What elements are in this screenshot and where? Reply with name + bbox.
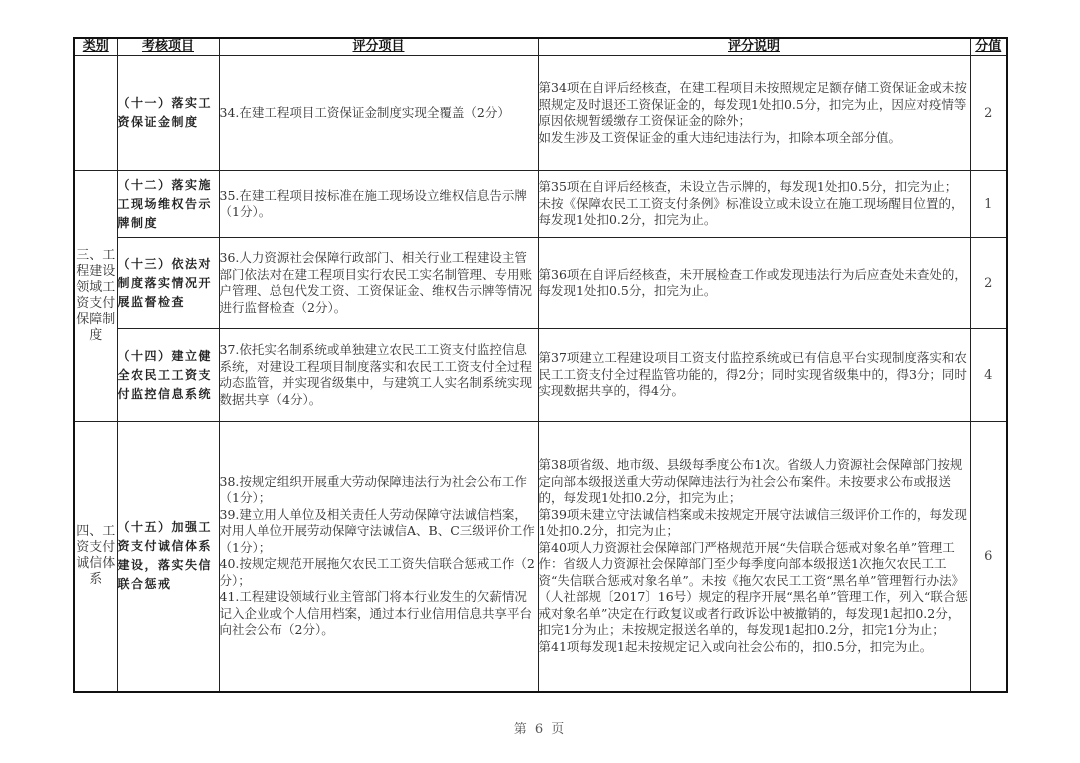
score-cell: 2 (970, 56, 1007, 171)
description-cell: 第35项在自评后经核查，未设立告示牌的，每发现1处扣0.5分，扣完为止；未按《保… (538, 171, 970, 238)
category-cell-empty (74, 56, 117, 171)
score-cell: 4 (970, 329, 1007, 422)
description-text: 第39项未建立守法诚信档案或未按规定开展守法诚信三级评价工作的，每发现1处扣0.… (539, 507, 970, 540)
header-scoring-description: 评分说明 (538, 38, 970, 56)
description-text: 第36项在自评后经核查，未开展检查工作或发现违法行为后应查处未查处的，每发现1处… (539, 267, 970, 300)
header-category: 类别 (74, 38, 117, 56)
score-cell: 6 (970, 422, 1007, 692)
scoring-item-text: 34.在建工程项目工资保证金制度实现全覆盖（2分） (220, 105, 538, 122)
description-text: 第41项每发现1起未按规定记入或向社会公布的，扣0.5分，扣完为止。 (539, 639, 970, 656)
table-row: （十三）依法对制度落实情况开展监督检查 36.人力资源社会保障行政部门、相关行业… (74, 238, 1007, 329)
table-row: （十四）建立健全农民工工资支付监控信息系统 37.依托实名制系统或单独建立农民工… (74, 329, 1007, 422)
table-row: 三、工程建设领域工资支付保障制度 （十二）落实施工现场维权告示牌制度 35.在建… (74, 171, 1007, 238)
assessment-item-cell: （十三）依法对制度落实情况开展监督检查 (117, 238, 219, 329)
scoring-item-cell: 37.依托实名制系统或单独建立农民工工资支付监控信息系统，对建设工程项目制度落实… (219, 329, 538, 422)
description-text: 第40项人力资源社会保障部门严格规范开展“失信联合惩戒对象名单”管理工作：省级人… (539, 540, 970, 639)
scoring-item-text: 36.人力资源社会保障行政部门、相关行业工程建设主管部门依法对在建工程项目实行农… (220, 250, 538, 316)
category-cell: 三、工程建设领域工资支付保障制度 (74, 171, 117, 422)
description-text: 如发生涉及工资保证金的重大违纪违法行为，扣除本项全部分值。 (539, 130, 970, 147)
scoring-item-text: 40.按规定规范开展拖欠农民工工资失信联合惩戒工作（2分）； (220, 556, 538, 589)
description-text: 第35项在自评后经核查，未设立告示牌的，每发现1处扣0.5分，扣完为止；未按《保… (539, 179, 970, 229)
header-assessment-item: 考核项目 (117, 38, 219, 56)
description-cell: 第34项在自评后经核查，在建工程项目未按照规定足额存储工资保证金或未按照规定及时… (538, 56, 970, 171)
description-text: 第37项建立工程建设项目工资支付监控系统或已有信息平台实现制度落实和农民工工资支… (539, 350, 970, 400)
header-scoring-item: 评分项目 (219, 38, 538, 56)
description-cell: 第36项在自评后经核查，未开展检查工作或发现违法行为后应查处未查处的，每发现1处… (538, 238, 970, 329)
scoring-item-text: 39.建立用人单位及相关责任人劳动保障守法诚信档案，对用人单位开展劳动保障守法诚… (220, 507, 538, 557)
description-cell: 第38项省级、地市级、县级每季度公布1次。省级人力资源社会保障部门按规定向部本级… (538, 422, 970, 692)
description-text: 第34项在自评后经核查，在建工程项目未按照规定足额存储工资保证金或未按照规定及时… (539, 80, 970, 130)
assessment-item-cell: （十四）建立健全农民工工资支付监控信息系统 (117, 329, 219, 422)
table-row: 四、工资支付诚信体系 （十五）加强工资支付诚信体系建设，落实失信联合惩戒 38.… (74, 422, 1007, 692)
scoring-item-text: 35.在建工程项目按标准在施工现场设立维权信息告示牌（1分）。 (220, 188, 538, 221)
score-cell: 1 (970, 171, 1007, 238)
scoring-item-cell: 38.按规定组织开展重大劳动保障违法行为社会公布工作（1分）； 39.建立用人单… (219, 422, 538, 692)
assessment-item-cell: （十五）加强工资支付诚信体系建设，落实失信联合惩戒 (117, 422, 219, 692)
score-cell: 2 (970, 238, 1007, 329)
scoring-item-cell: 36.人力资源社会保障行政部门、相关行业工程建设主管部门依法对在建工程项目实行农… (219, 238, 538, 329)
scoring-item-cell: 34.在建工程项目工资保证金制度实现全覆盖（2分） (219, 56, 538, 171)
scoring-item-text: 38.按规定组织开展重大劳动保障违法行为社会公布工作（1分）； (220, 474, 538, 507)
category-cell: 四、工资支付诚信体系 (74, 422, 117, 692)
page-number: 第 6 页 (0, 718, 1080, 737)
scoring-item-cell: 35.在建工程项目按标准在施工现场设立维权信息告示牌（1分）。 (219, 171, 538, 238)
scoring-item-text: 41.工程建设领域行业主管部门将本行业发生的欠薪情况记入企业或个人信用档案，通过… (220, 589, 538, 639)
scoring-item-text: 37.依托实名制系统或单独建立农民工工资支付监控信息系统，对建设工程项目制度落实… (220, 342, 538, 408)
assessment-item-cell: （十一）落实工资保证金制度 (117, 56, 219, 171)
assessment-item-cell: （十二）落实施工现场维权告示牌制度 (117, 171, 219, 238)
table-row: （十一）落实工资保证金制度 34.在建工程项目工资保证金制度实现全覆盖（2分） … (74, 56, 1007, 171)
table-header-row: 类别 考核项目 评分项目 评分说明 分值 (74, 38, 1007, 56)
description-cell: 第37项建立工程建设项目工资支付监控系统或已有信息平台实现制度落实和农民工工资支… (538, 329, 970, 422)
scoring-table: 类别 考核项目 评分项目 评分说明 分值 （十一）落实工资保证金制度 34.在建… (73, 37, 1008, 693)
description-text: 第38项省级、地市级、县级每季度公布1次。省级人力资源社会保障部门按规定向部本级… (539, 457, 970, 507)
header-score: 分值 (970, 38, 1007, 56)
